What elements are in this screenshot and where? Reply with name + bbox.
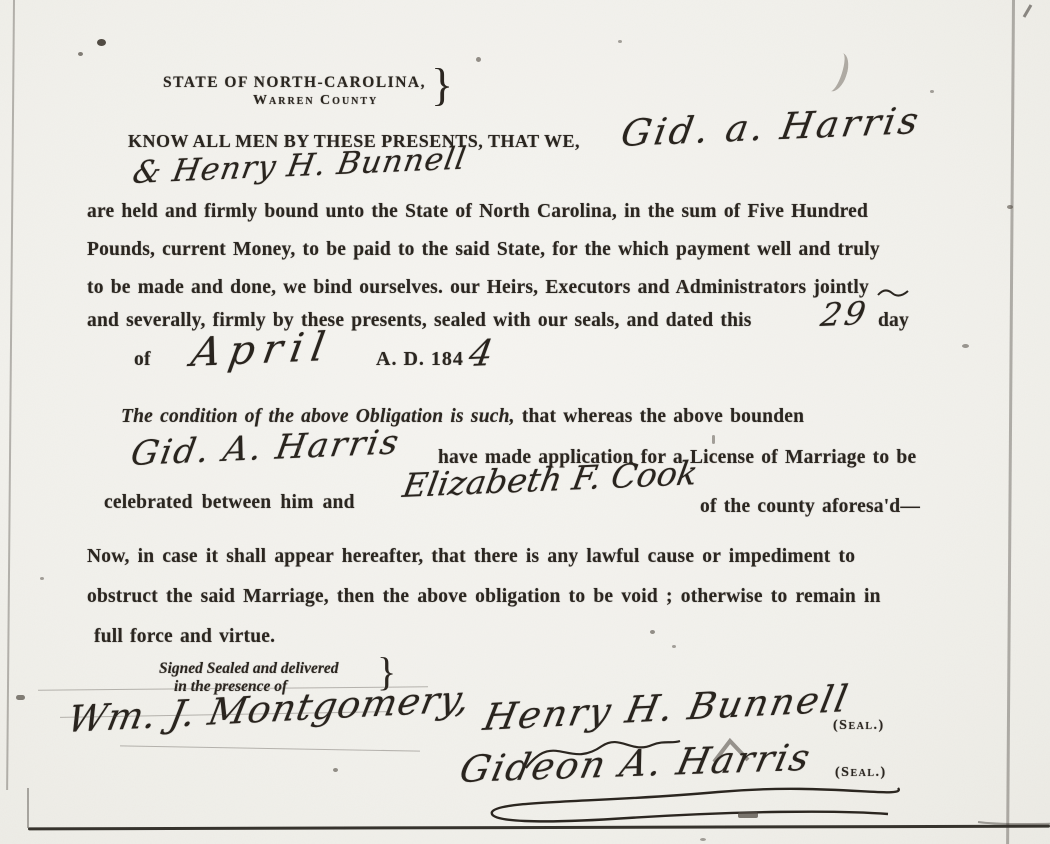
celebrated-line: celebrated between him and xyxy=(104,492,355,514)
now-clause-line-3: full force and virtue. xyxy=(94,626,275,648)
ink-speck xyxy=(650,630,655,634)
county-suffix-line: of the county aforesa'd— xyxy=(700,496,920,518)
ink-speck xyxy=(700,838,706,841)
obligation-line-2: Pounds, current Money, to be paid to the… xyxy=(87,239,880,261)
ink-speck xyxy=(962,344,969,348)
heading-county-line: Warren County xyxy=(253,93,378,109)
condition-intro-line: The condition of the above Obligation is… xyxy=(121,406,804,428)
ink-speck xyxy=(40,577,44,580)
signer-1-seal-label: (Seal.) xyxy=(833,718,885,734)
condition-intro-remainder: that whereas the above bounden xyxy=(522,406,804,427)
month-handwritten: April xyxy=(188,324,336,376)
ink-speck xyxy=(672,645,676,648)
ink-speck xyxy=(78,52,83,56)
ink-speck xyxy=(476,57,481,62)
pen-tilde-mark xyxy=(876,286,912,300)
ink-speck xyxy=(618,40,622,43)
pen-flourish-large xyxy=(478,770,918,830)
day-number-handwritten: 29 xyxy=(818,294,872,334)
ink-speck xyxy=(1007,205,1013,209)
month-prefix: of xyxy=(134,349,151,371)
ink-smudge xyxy=(712,435,715,444)
condition-intro-italic: The condition of the above Obligation is… xyxy=(121,406,515,427)
ink-smudge xyxy=(16,695,25,700)
attestation-line-1: Signed Sealed and delivered xyxy=(159,660,339,678)
obligation-line-1: are held and firmly bound unto the State… xyxy=(87,201,868,223)
paper-corner-edge xyxy=(27,788,29,828)
day-word: day xyxy=(878,310,909,332)
scanned-document: STATE OF NORTH-CAROLINA, Warren County }… xyxy=(0,0,1050,844)
now-clause-line-1: Now, in case it shall appear hereafter, … xyxy=(87,546,855,568)
obligation-line-4: and severally, firmly by these presents,… xyxy=(87,310,752,332)
heading-state-line: STATE OF NORTH-CAROLINA, xyxy=(163,74,426,92)
now-clause-line-2: obstruct the said Marriage, then the abo… xyxy=(87,586,881,608)
ink-speck xyxy=(297,445,301,449)
ink-smudge xyxy=(738,812,758,818)
ink-speck xyxy=(333,768,338,772)
heading-brace: } xyxy=(431,62,453,108)
year-printed: A. D. 184 xyxy=(376,348,464,371)
ink-speck xyxy=(97,39,106,46)
obligation-line-3: to be made and done, we bind ourselves. … xyxy=(87,277,869,299)
ink-speck xyxy=(930,90,934,93)
